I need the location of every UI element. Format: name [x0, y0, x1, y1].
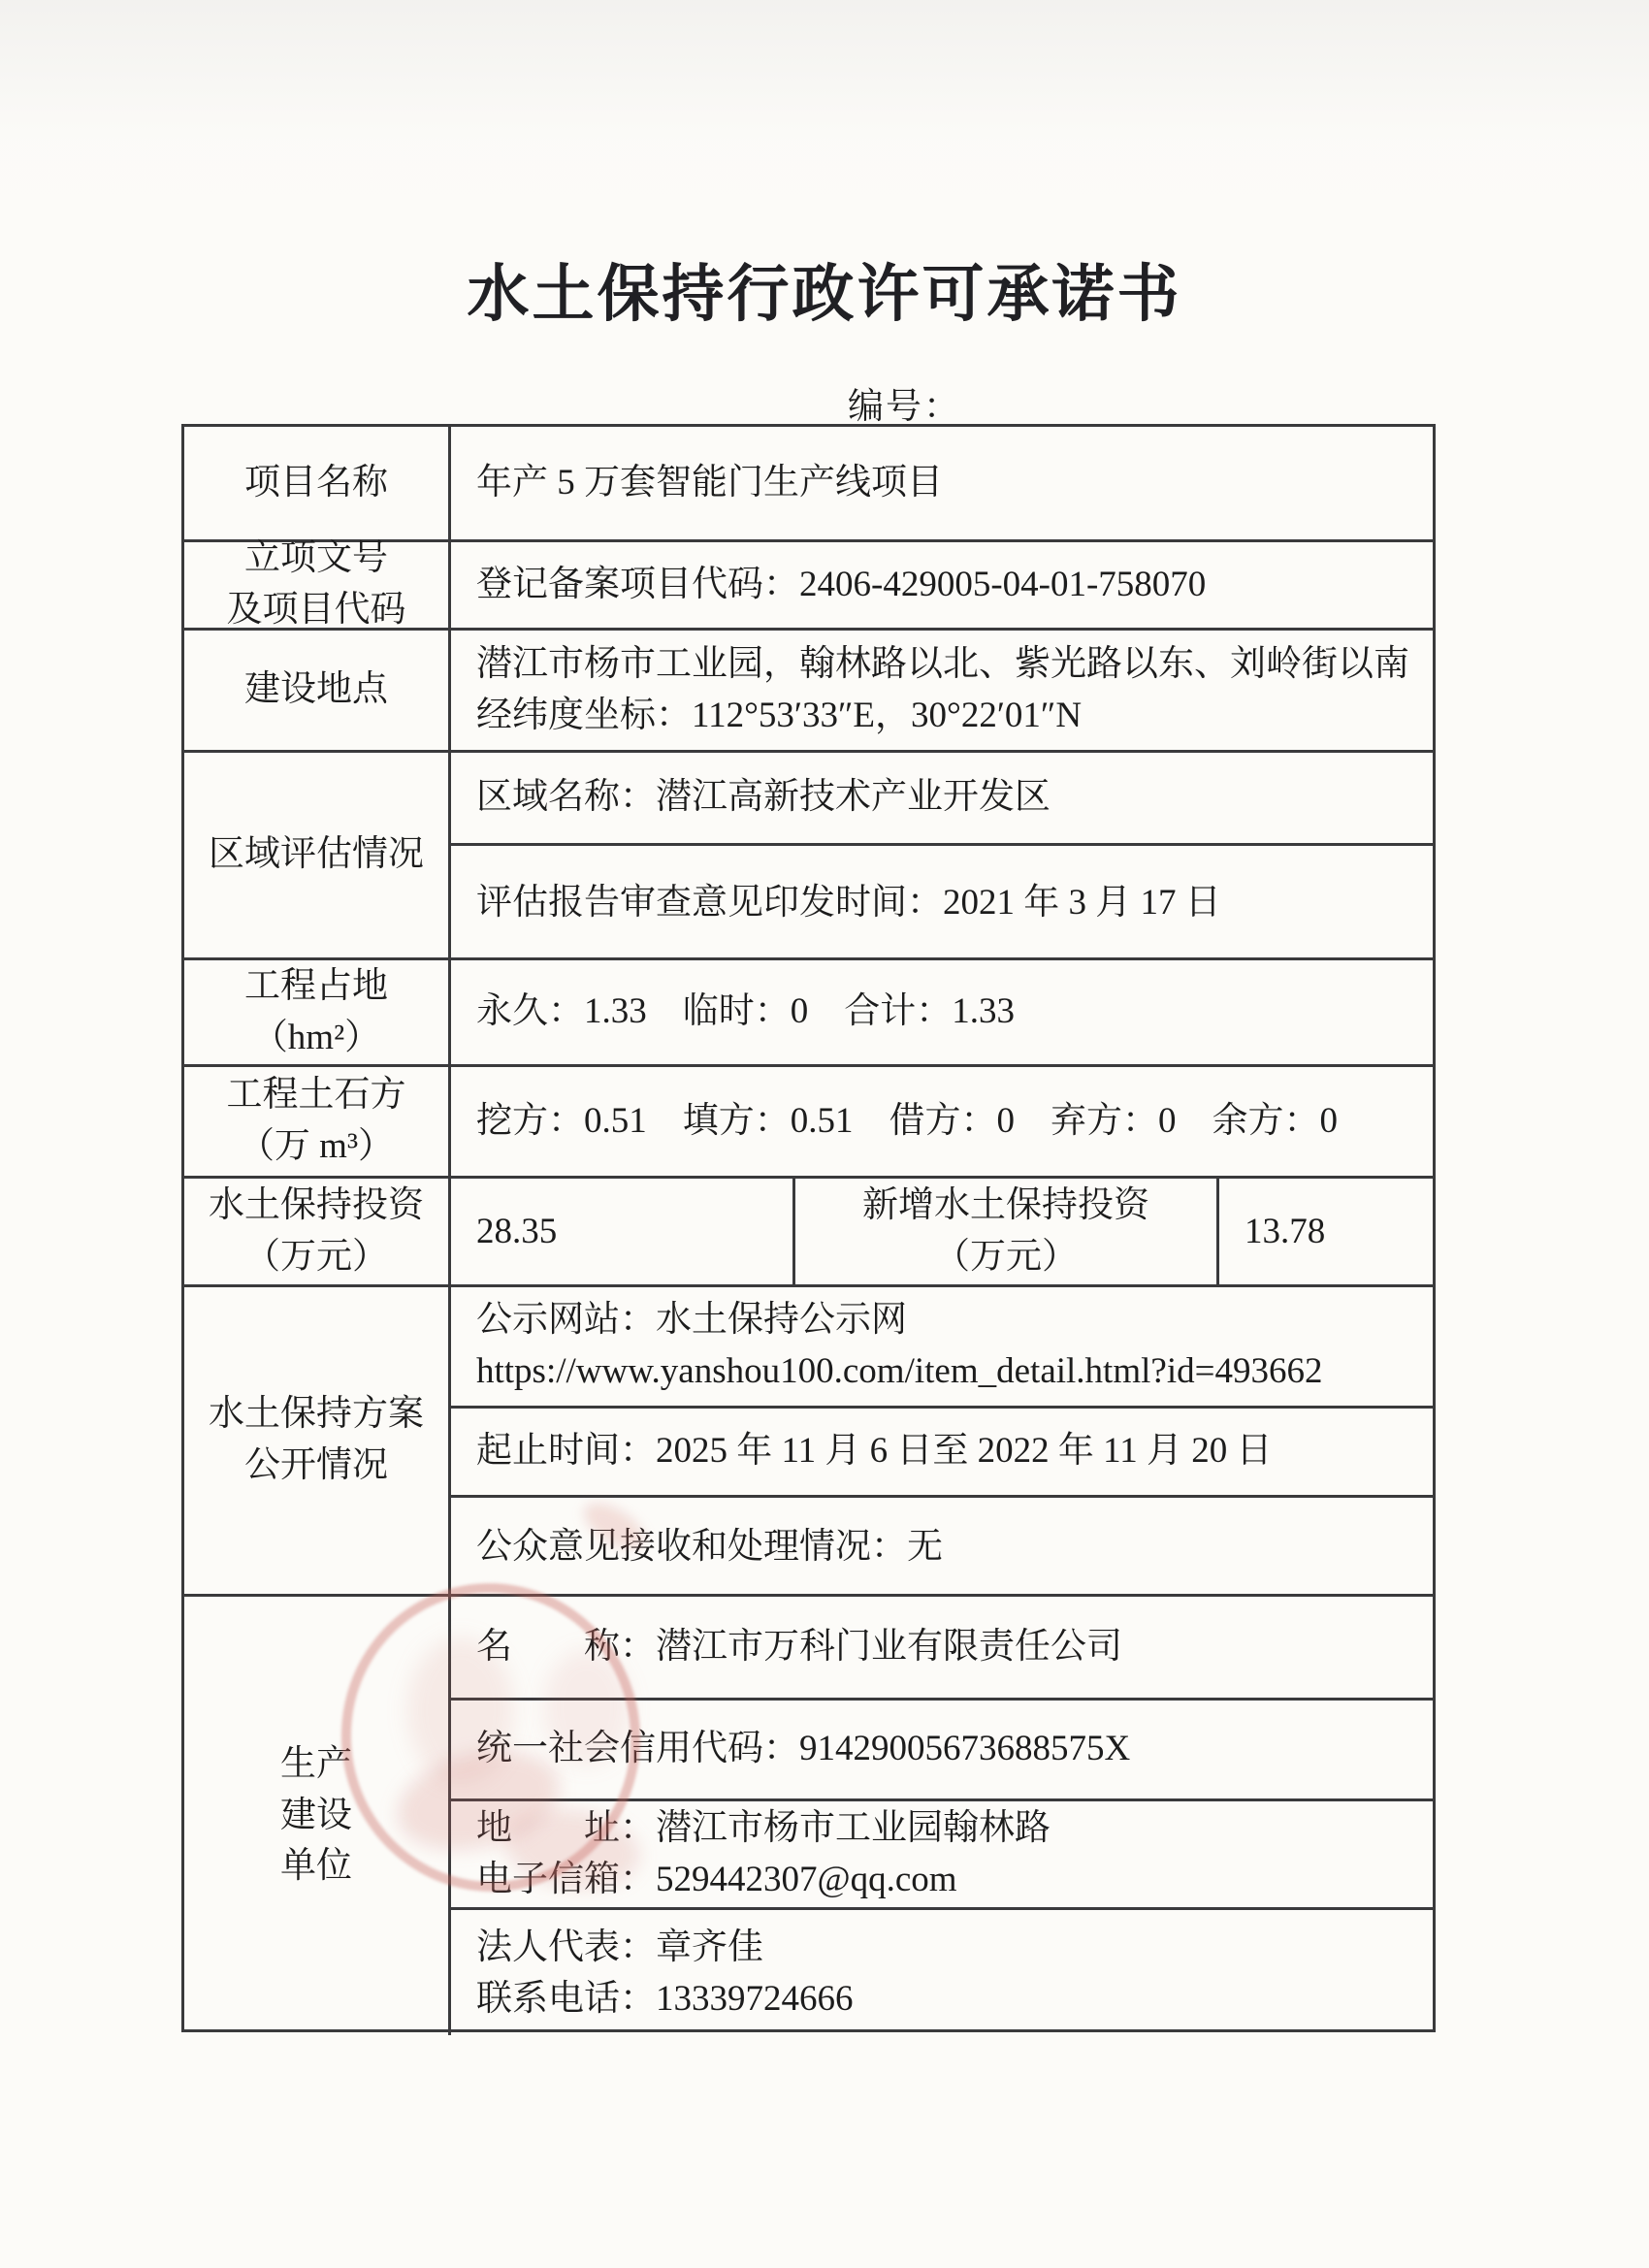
row-construction-unit: 生产 建设 单位 名 称：潜江市万科门业有限责任公司 统一社会信用代码：9142… — [184, 1594, 1433, 2035]
row-approval-code: 立项文号 及项目代码 登记备案项目代码：2406-429005-04-01-75… — [184, 539, 1433, 628]
row-regional-assessment: 区域评估情况 区域名称：潜江高新技术产业开发区 评估报告审查意见印发时间：202… — [184, 750, 1433, 957]
land-occupation-label: 工程占地 （hm²） — [184, 960, 451, 1064]
region-name-cell: 区域名称：潜江高新技术产业开发区 — [451, 753, 1433, 843]
approval-code-value: 登记备案项目代码：2406-429005-04-01-758070 — [451, 542, 1433, 628]
investment-label: 水土保持投资 （万元） — [184, 1179, 451, 1284]
scan-noise-overlay — [0, 0, 1649, 233]
row-project-name: 项目名称 年产 5 万套智能门生产线项目 — [184, 427, 1433, 539]
earthwork-label: 工程土石方 （万 m³） — [184, 1067, 451, 1176]
review-time-cell: 评估报告审查意见印发时间：2021 年 3 月 17 日 — [451, 843, 1433, 960]
row-investment: 水土保持投资 （万元） 28.35 新增水土保持投资 （万元） 13.78 — [184, 1176, 1433, 1284]
plan-publicity-label: 水土保持方案 公开情况 — [184, 1287, 451, 1594]
permit-form-table: 项目名称 年产 5 万套智能门生产线项目 立项文号 及项目代码 登记备案项目代码… — [181, 424, 1436, 2032]
project-name-label: 项目名称 — [184, 427, 451, 539]
project-name-value: 年产 5 万套智能门生产线项目 — [451, 427, 1433, 539]
approval-code-label: 立项文号 及项目代码 — [184, 542, 451, 628]
new-investment-value: 13.78 — [1216, 1179, 1433, 1284]
row-earthwork: 工程土石方 （万 m³） 挖方：0.51 填方：0.51 借方：0 弃方：0 余… — [184, 1064, 1433, 1176]
publicity-website-cell: 公示网站：水土保持公示网 https://www.yanshou100.com/… — [451, 1287, 1433, 1406]
scanned-document-page: 水土保持行政许可承诺书 编号： 项目名称 年产 5 万套智能门生产线项目 立项文… — [0, 0, 1649, 2268]
earthwork-value: 挖方：0.51 填方：0.51 借方：0 弃方：0 余方：0 — [451, 1067, 1433, 1176]
serial-number-label: 编号： — [848, 376, 961, 429]
location-label: 建设地点 — [184, 631, 451, 750]
investment-value: 28.35 — [451, 1179, 792, 1284]
unit-credit-code-cell: 统一社会信用代码：91429005673688575X — [451, 1698, 1433, 1798]
row-location: 建设地点 潜江市杨市工业园，翰林路以北、紫光路以东、刘岭街以南 经纬度坐标：11… — [184, 628, 1433, 750]
unit-name-cell: 名 称：潜江市万科门业有限责任公司 — [451, 1597, 1433, 1698]
public-opinion-cell: 公众意见接收和处理情况：无 — [451, 1495, 1433, 1597]
construction-unit-subrows: 名 称：潜江市万科门业有限责任公司 统一社会信用代码：9142900567368… — [451, 1597, 1433, 2035]
land-occupation-value: 永久：1.33 临时：0 合计：1.33 — [451, 960, 1433, 1064]
unit-address-email-cell: 地 址：潜江市杨市工业园翰林路 电子信箱：529442307@qq.com — [451, 1798, 1433, 1907]
plan-publicity-subrows: 公示网站：水土保持公示网 https://www.yanshou100.com/… — [451, 1287, 1433, 1594]
row-land-occupation: 工程占地 （hm²） 永久：1.33 临时：0 合计：1.33 — [184, 957, 1433, 1064]
publicity-duration-cell: 起止时间：2025 年 11 月 6 日至 2022 年 11 月 20 日 — [451, 1406, 1433, 1495]
regional-assessment-subrows: 区域名称：潜江高新技术产业开发区 评估报告审查意见印发时间：2021 年 3 月… — [451, 753, 1433, 957]
unit-legal-rep-phone-cell: 法人代表：章齐佳 联系电话：13339724666 — [451, 1907, 1433, 2038]
construction-unit-label: 生产 建设 单位 — [184, 1597, 451, 2035]
new-investment-label: 新增水土保持投资 （万元） — [792, 1179, 1216, 1284]
row-plan-publicity: 水土保持方案 公开情况 公示网站：水土保持公示网 https://www.yan… — [184, 1284, 1433, 1594]
regional-assessment-label: 区域评估情况 — [184, 753, 451, 957]
location-value: 潜江市杨市工业园，翰林路以北、紫光路以东、刘岭街以南 经纬度坐标：112°53′… — [451, 631, 1433, 750]
document-title: 水土保持行政许可承诺书 — [0, 244, 1649, 334]
